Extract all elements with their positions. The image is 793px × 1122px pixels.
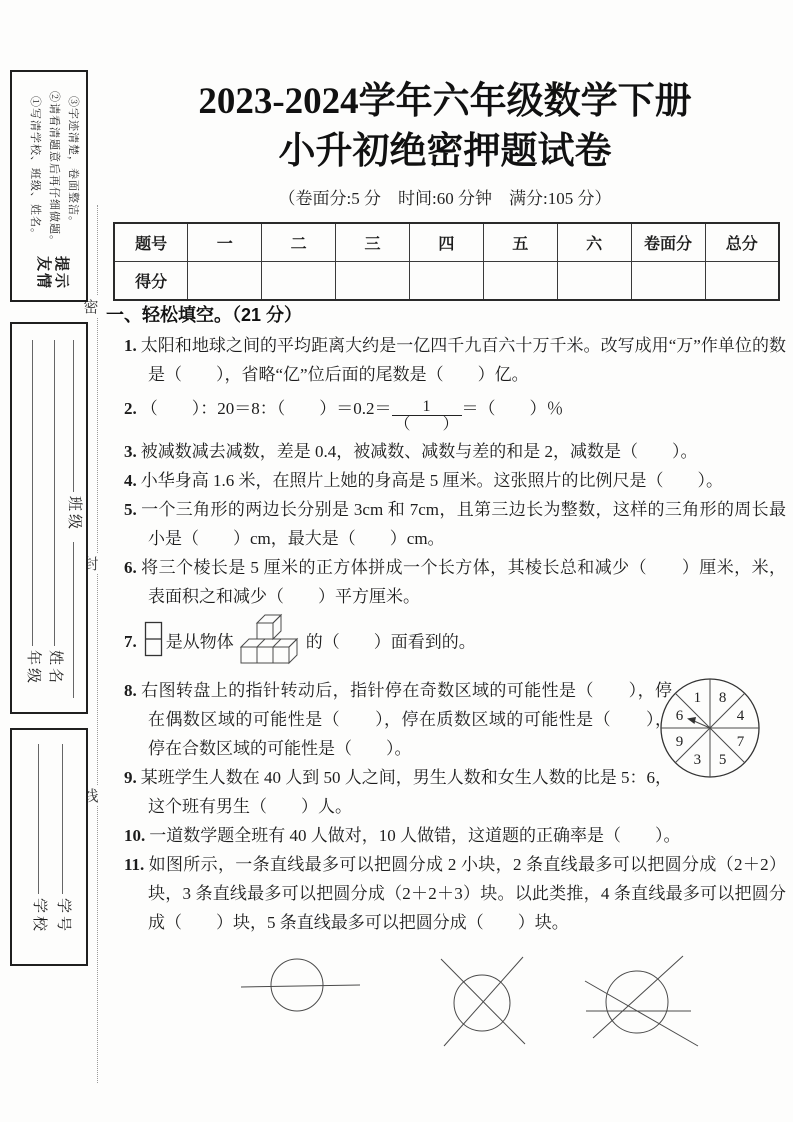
question-5-number: 5. <box>124 500 141 519</box>
seal-dotted-line <box>97 205 98 1083</box>
score-header-cell: 卷面分 <box>631 223 705 262</box>
school-label: 学校 <box>31 898 46 938</box>
page-title-line1: 2023-2024学年六年级数学下册 <box>100 70 790 124</box>
question-4-number: 4. <box>124 471 141 490</box>
spinner-figure: 1 8 4 7 5 3 9 6 <box>682 676 786 780</box>
score-header-cell: 五 <box>483 223 557 262</box>
question-11-text: 如图所示，一条直线最多可以把圆分成 2 小块，2 条直线最多可以把圆分成（2＋2… <box>148 855 786 932</box>
question-5-text: 一个三角形的两边长分别是 3cm 和 7cm，且第三边长为整数，这样的三角形的周… <box>141 500 786 548</box>
tips-title-col1: 友情 <box>36 256 51 292</box>
score-header-cell: 总分 <box>705 223 779 262</box>
question-4-text: 小华身高 1.6 米，在照片上她的身高是 5 厘米。这张照片的比例尺是（ ）。 <box>141 471 723 490</box>
score-blank-cell <box>483 262 557 301</box>
score-blank-cell <box>557 262 631 301</box>
score-header-cell: 题号 <box>114 223 188 262</box>
question-7-text-2: 的（ ）面看到的。 <box>306 632 476 651</box>
circle-division-figures <box>236 951 786 1051</box>
spinner-number: 1 <box>694 690 702 706</box>
question-9-number: 9. <box>124 768 141 787</box>
question-6: 6.将三个棱长是 5 厘米的正方体拼成一个长方体，其棱长总和减少（ ）厘米，米，… <box>124 553 786 611</box>
tips-box: ①写清学校、班级、姓名。 ②请看清题意后再仔细做题。 ③字迹清楚，卷面整洁。 友… <box>10 70 88 302</box>
studentno-fill-line <box>62 744 63 894</box>
spinner-number: 6 <box>676 708 684 724</box>
score-blank-cell <box>262 262 336 301</box>
tip-item-1: ①写清学校、班级、姓名。 <box>29 96 40 248</box>
grade-label: 年级 <box>25 650 40 690</box>
score-header-cell: 六 <box>557 223 631 262</box>
score-blank-cell <box>188 262 262 301</box>
name-label: 姓名 <box>47 650 62 690</box>
questions-area: 1.太阳和地球之间的平均距离大约是一亿四千九百六十万千米。改写成用“万”作单位的… <box>124 331 786 1051</box>
spinner-number: 7 <box>737 734 745 750</box>
studentno-label: 学号 <box>55 898 70 938</box>
question-10: 10.一道数学题全班有 40 人做对，10 人做错，这道题的正确率是（ ）。 <box>124 821 786 850</box>
spinner-number: 9 <box>676 734 684 750</box>
question-3: 3.被减数减去减数，差是 0.4，被减数、减数与差的和是 2，减数是（ ）。 <box>124 437 786 466</box>
score-table: 题号 一 二 三 四 五 六 卷面分 总分 得分 <box>113 222 780 301</box>
score-blank-cell <box>631 262 705 301</box>
spinner-pointer <box>694 721 710 728</box>
question-8: 1 8 4 7 5 3 9 6 8.右图转盘上的指针转动后，指针停在奇数区域的可… <box>124 676 786 763</box>
question-7: 7.是从物体 的（ ）面看到的。 <box>124 611 786 676</box>
fraction-numerator: 1 <box>423 398 431 415</box>
tip-item-3: ③字迹清楚，卷面整洁。 <box>67 96 78 248</box>
name-fill-line <box>54 340 55 646</box>
class-fill-line-top <box>73 340 74 492</box>
section-1-heading: 一、轻松填空。（21 分） <box>106 301 302 327</box>
question-10-number: 10. <box>124 826 149 845</box>
question-7-number: 7. <box>124 632 141 651</box>
question-8-number: 8. <box>124 681 141 700</box>
spinner-number: 8 <box>719 690 727 706</box>
student-info-box: 年级 姓名 班级 <box>10 322 88 714</box>
exam-meta: （卷面分:5 分 时间:60 分钟 满分:105 分） <box>100 184 790 209</box>
question-6-text: 将三个棱长是 5 厘米的正方体拼成一个长方体，其棱长总和减少（ ）厘米，米，表面… <box>141 558 786 606</box>
tips-title-col2: 提示 <box>54 256 69 292</box>
exam-paper-page: { "header": { "title_line1": "2023-2024学… <box>0 0 793 1122</box>
score-row-label: 得分 <box>114 262 188 301</box>
question-5: 5.一个三角形的两边长分别是 3cm 和 7cm，且第三边长为整数，这样的三角形… <box>124 495 786 553</box>
question-10-text: 一道数学题全班有 40 人做对，10 人做错，这道题的正确率是（ ）。 <box>149 826 680 845</box>
question-2-text-post: ＝（ ）％ <box>462 399 564 418</box>
tip-item-2: ②请看清题意后再仔细做题。 <box>48 91 59 253</box>
question-1-number: 1. <box>124 336 141 355</box>
score-blank-cell <box>410 262 484 301</box>
spinner-number: 3 <box>694 752 702 768</box>
cube-stack-figure <box>237 611 303 676</box>
grade-fill-line <box>32 340 33 646</box>
spinner-number: 5 <box>719 752 727 768</box>
school-fill-line <box>38 744 39 894</box>
circle-figure-3-lines <box>578 951 703 1051</box>
score-blank-cell <box>705 262 779 301</box>
fraction-denominator: （ ） <box>392 415 462 433</box>
spinner-number: 4 <box>737 708 745 724</box>
question-2-text-pre: （ ）：20＝8：（ ）＝0.2＝ <box>141 399 392 418</box>
score-blank-cell <box>336 262 410 301</box>
spinner-pointer-head <box>687 717 696 724</box>
question-11-number: 11. <box>124 855 148 874</box>
score-header-cell: 四 <box>410 223 484 262</box>
circle-figure-1-line <box>236 951 366 1023</box>
question-3-text: 被减数减去减数，差是 0.4，被减数、减数与差的和是 2，减数是（ ）。 <box>141 442 698 461</box>
question-3-number: 3. <box>124 442 141 461</box>
question-1: 1.太阳和地球之间的平均距离大约是一亿四千九百六十万千米。改写成用“万”作单位的… <box>124 331 786 389</box>
page-title-line2: 小升初绝密押题试卷 <box>100 120 790 174</box>
fraction: 1（ ） <box>392 398 462 433</box>
school-info-box: 学校 学号 <box>10 728 88 966</box>
front-view-shape <box>144 621 163 666</box>
question-7-text-1: 是从物体 <box>166 632 234 651</box>
question-9-text: 某班学生人数在 40 人到 50 人之间，男生人数和女生人数的比是 5：6，这个… <box>141 768 672 816</box>
circle-figure-2-lines <box>434 951 534 1051</box>
score-header-cell: 三 <box>336 223 410 262</box>
question-2: 2.（ ）：20＝8：（ ）＝0.2＝1（ ）＝（ ）％ <box>124 394 786 434</box>
question-8-text: 右图转盘上的指针转动后，指针停在奇数区域的可能性是（ ），停在偶数区域的可能性是… <box>141 681 672 758</box>
question-11: 11.如图所示，一条直线最多可以把圆分成 2 小块，2 条直线最多可以把圆分成（… <box>124 850 786 937</box>
class-label: 班级 <box>66 496 81 536</box>
score-table-value-row: 得分 <box>114 262 779 301</box>
question-6-number: 6. <box>124 558 141 577</box>
score-header-cell: 一 <box>188 223 262 262</box>
class-fill-line-bottom <box>73 542 74 698</box>
score-header-cell: 二 <box>262 223 336 262</box>
score-table-header-row: 题号 一 二 三 四 五 六 卷面分 总分 <box>114 223 779 262</box>
question-2-number: 2. <box>124 399 141 418</box>
question-1-text: 太阳和地球之间的平均距离大约是一亿四千九百六十万千米。改写成用“万”作单位的数是… <box>141 336 786 384</box>
question-4: 4.小华身高 1.6 米，在照片上她的身高是 5 厘米。这张照片的比例尺是（ ）… <box>124 466 786 495</box>
